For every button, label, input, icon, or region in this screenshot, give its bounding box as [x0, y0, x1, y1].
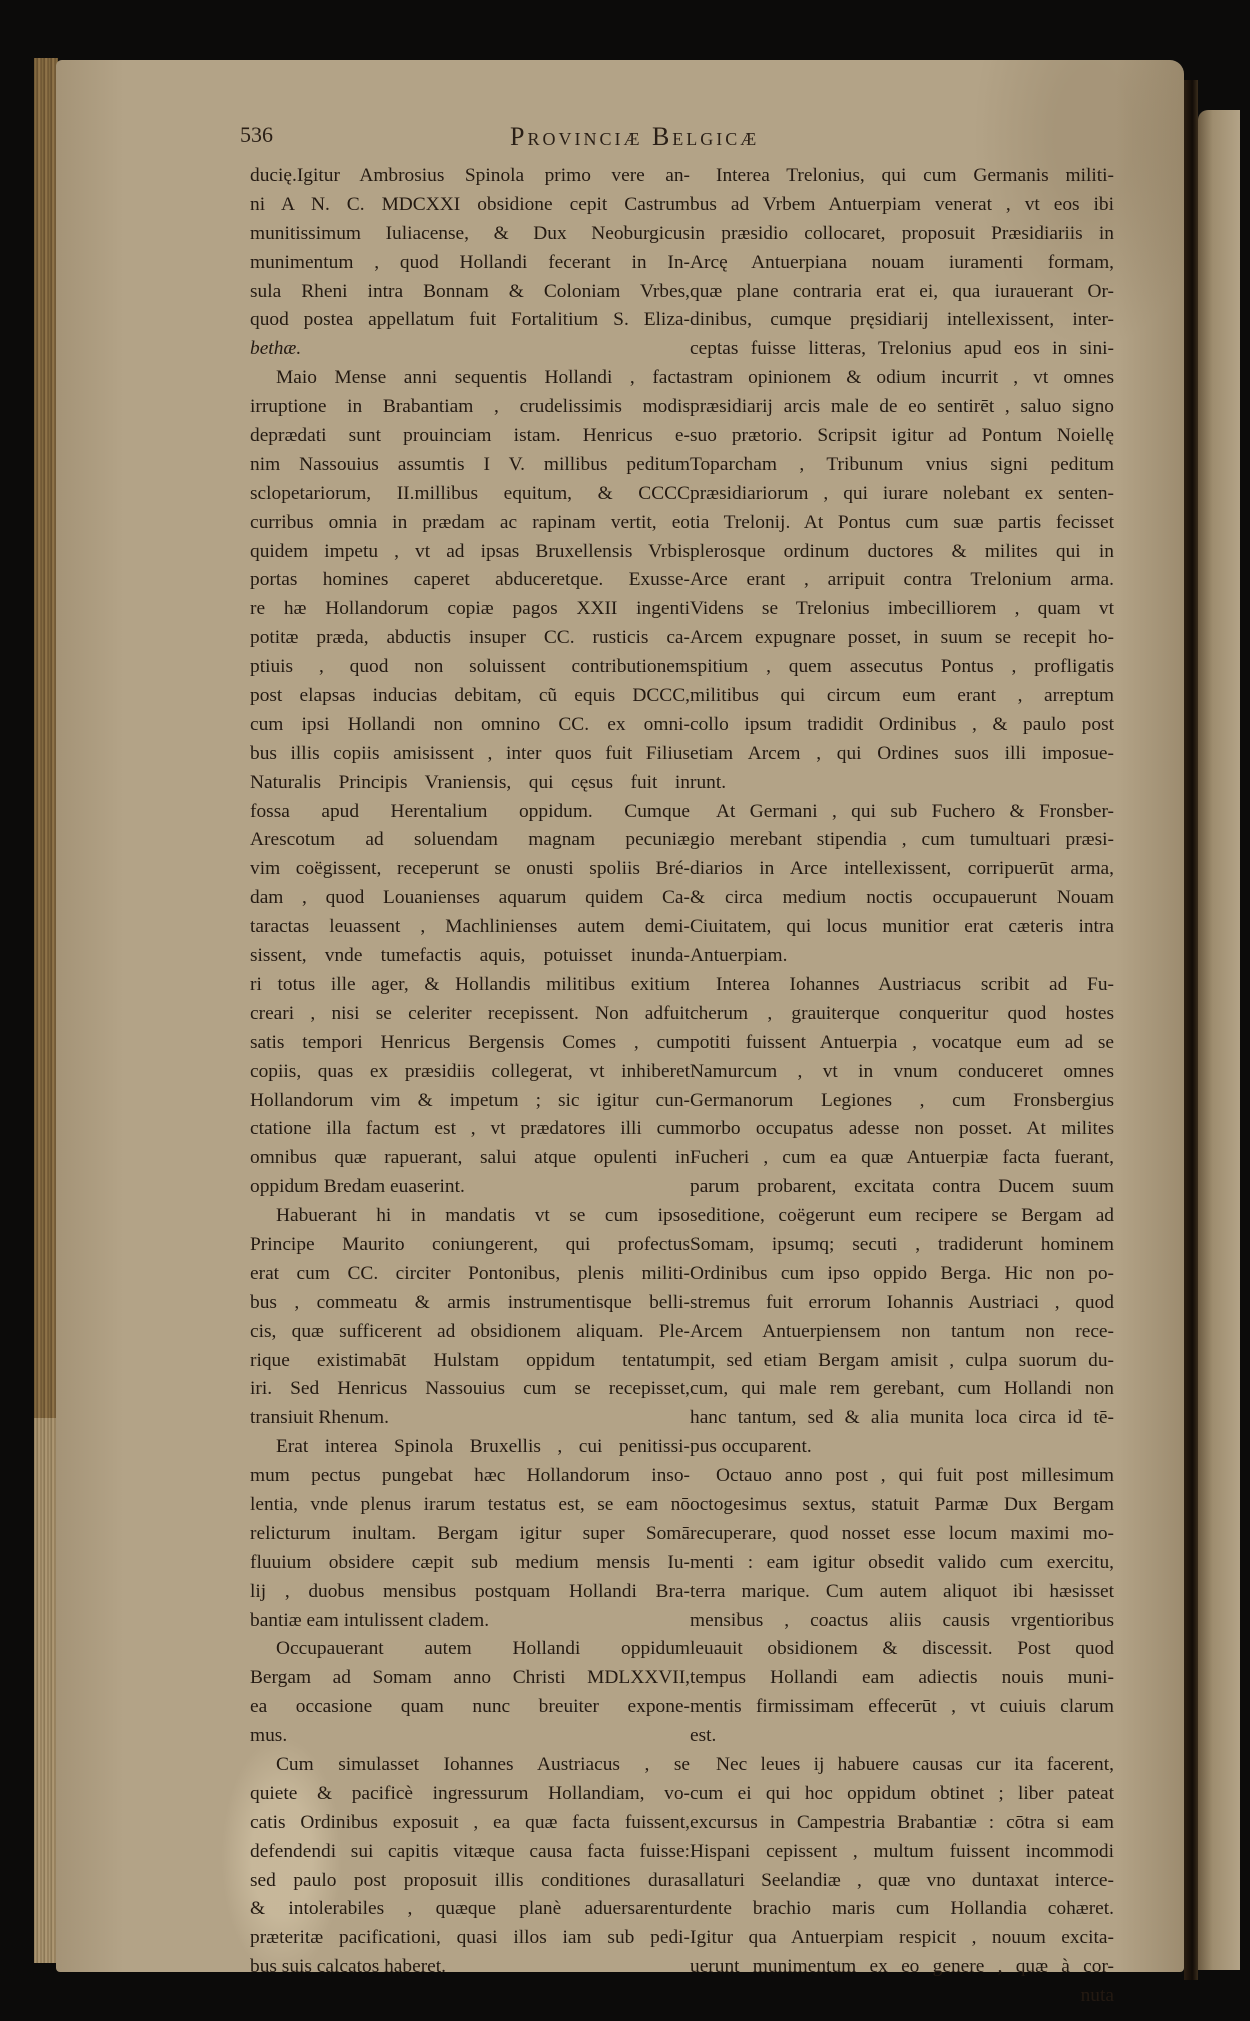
- text-line: ctatione illa factum est , vt prædatores…: [250, 1115, 690, 1144]
- text-line: collo ipsum tradidit Ordinibus , & paulo…: [690, 711, 1114, 740]
- text-line: bus illis copiis amisissent , inter quos…: [250, 740, 690, 769]
- text-line: potitæ præda, abductis insuper CC. rusti…: [250, 624, 690, 653]
- text-line: tia Trelonij. At Pontus cum suæ partis f…: [690, 509, 1114, 538]
- text-line: Hollandorum vim & impetum ; sic igitur c…: [250, 1087, 690, 1116]
- text-line: ri totus ille ager, & Hollandis militibu…: [250, 971, 690, 1000]
- running-title: Provinciæ Belgicæ: [510, 122, 759, 152]
- text-line: Arescotum ad soluendam magnam pecuniæ: [250, 826, 690, 855]
- text-line: Arcem expugnare posset, in suum se recep…: [690, 624, 1114, 653]
- text-line: post elapsas inducias debitam, cũ equis …: [250, 682, 690, 711]
- text-line: seditione, coëgerunt eum recipere se Ber…: [690, 1202, 1114, 1231]
- gutter-shadow: [1184, 80, 1198, 1980]
- text-line: Fucheri , cum ea quæ Antuerpiæ facta fue…: [690, 1144, 1114, 1173]
- text-line: Octauo anno post , qui fuit post millesi…: [690, 1462, 1114, 1491]
- text-line: taractas leuassent , Machlinienses autem…: [250, 913, 690, 942]
- text-line: relicturum inultam. Bergam igitur super …: [250, 1520, 690, 1549]
- text-line: copiis, quas ex præsidiis collegerat, vt…: [250, 1058, 690, 1087]
- page-number: 536: [240, 122, 273, 148]
- page-edges-lower: [34, 1418, 58, 1963]
- text-line: Namurcum , vt in vnum conduceret omnes: [690, 1058, 1114, 1087]
- text-line: pus occuparent.: [690, 1433, 1114, 1462]
- text-line: quod postea appellatum fuit Fortalitium …: [250, 306, 690, 335]
- text-line: & intolerabiles , quæque planè aduersare…: [250, 1895, 690, 1924]
- text-line: omnibus quæ rapuerant, salui atque opule…: [250, 1144, 690, 1173]
- text-line: Interea Trelonius, qui cum Germanis mili…: [690, 162, 1114, 191]
- text-line: cherum , grauiterque conqueritur quod ho…: [690, 1000, 1114, 1029]
- text-line: munimentum , quod Hollandi fecerant in I…: [250, 249, 690, 278]
- text-line: bus , commeatu & armis instrumentisque b…: [250, 1289, 690, 1318]
- text-line: Occupauerant autem Hollandi oppidum: [250, 1635, 690, 1664]
- text-line: recuperare, quod nosset esse locum maxim…: [690, 1520, 1114, 1549]
- text-line: sclopetariorum, II.millibus equitum, & C…: [250, 480, 690, 509]
- text-line: Habuerant hi in mandatis vt se cum ipso: [250, 1202, 690, 1231]
- text-line: Arcem Antuerpiensem non tantum non rece-: [690, 1318, 1114, 1347]
- text-line: bus ad Vrbem Antuerpiam venerat , vt eos…: [690, 191, 1114, 220]
- text-line: re hæ Hollandorum copiæ pagos XXII ingen…: [250, 595, 690, 624]
- text-line: bantiæ eam intulissent cladem.: [250, 1607, 690, 1636]
- text-line: dinibus, cumque pręsidiarij intellexisse…: [690, 306, 1114, 335]
- text-line: quæ plane contraria erat ei, qua iurauer…: [690, 278, 1114, 307]
- text-line: suo prætorio. Scripsit igitur ad Pontum …: [690, 422, 1114, 451]
- text-line: Ciuitatem, qui locus munitior erat cæter…: [690, 913, 1114, 942]
- text-line: portas homines caperet abduceretque. Exu…: [250, 566, 690, 595]
- text-line: in præsidio collocaret, proposuit Præsid…: [690, 220, 1114, 249]
- text-line: bus suis calcatos haberet.: [250, 1953, 690, 1982]
- text-line: diarios in Arce intellexissent, corripue…: [690, 855, 1114, 884]
- text-line: spitium , quem assecutus Pontus , profli…: [690, 653, 1114, 682]
- text-line: Nec leues ij habuere causas cur ita face…: [690, 1751, 1114, 1780]
- catchword: nuta: [690, 1982, 1114, 2011]
- text-line: & circa medium noctis occupauerunt Nouam: [690, 884, 1114, 913]
- text-line: sula Rheni intra Bonnam & Coloniam Vrbes…: [250, 278, 690, 307]
- text-line: leuauit obsidionem & discessit. Post quo…: [690, 1635, 1114, 1664]
- text-line: stram opinionem & odium incurrit , vt om…: [690, 364, 1114, 393]
- text-line: ceptas fuisse litteras, Trelonius apud e…: [690, 335, 1114, 364]
- text-line: bethæ.: [250, 335, 690, 364]
- text-line: mus.: [250, 1722, 690, 1751]
- page-edges-upper: [34, 58, 58, 1418]
- text-line: stremus fuit errorum Iohannis Austriaci …: [690, 1289, 1114, 1318]
- text-line: sed paulo post proposuit illis condition…: [250, 1867, 690, 1896]
- text-line: morbo occupatus adesse non posset. At mi…: [690, 1115, 1114, 1144]
- text-line: creari , nisi se celeriter recepissent. …: [250, 1000, 690, 1029]
- left-text-column: ducię.Igitur Ambrosius Spinola primo ver…: [250, 162, 690, 1982]
- text-line: sissent, vnde tumefactis aquis, potuisse…: [250, 942, 690, 971]
- text-line: defendendi sui capitis vitæque causa fac…: [250, 1838, 690, 1867]
- text-line: dam , quod Louanienses aquarum quidem Ca…: [250, 884, 690, 913]
- text-line: Antuerpiam.: [690, 942, 1114, 971]
- text-line: At Germani , qui sub Fuchero & Fronsber-: [690, 798, 1114, 827]
- text-line: curribus omnia in prædam ac rapinam vert…: [250, 509, 690, 538]
- text-line: militibus qui circum eum erant , arreptu…: [690, 682, 1114, 711]
- text-line: Cum simulasset Iohannes Austriacus , se: [250, 1751, 690, 1780]
- text-line: mentis firmissimam effecerūt , vt cuiuis…: [690, 1693, 1114, 1722]
- text-line: hanc tantum, sed & alia munita loca circ…: [690, 1404, 1114, 1433]
- text-line: erat cum CC. circiter Pontonibus, plenis…: [250, 1260, 690, 1289]
- text-line: mum pectus pungebat hæc Hollandorum inso…: [250, 1462, 690, 1491]
- text-line: cum ipsi Hollandi non omnino CC. ex omni…: [250, 711, 690, 740]
- text-line: menti : eam igitur obsedit valido cum ex…: [690, 1549, 1114, 1578]
- text-line: potiti fuissent Antuerpia , vocatque eum…: [690, 1029, 1114, 1058]
- text-line: Hispani cepissent , multum fuissent inco…: [690, 1838, 1114, 1867]
- text-line: Maio Mense anni sequentis Hollandi , fac…: [250, 364, 690, 393]
- text-line: quidem impetu , vt ad ipsas Bruxellensis…: [250, 538, 690, 567]
- text-line: Ordinibus cum ipso oppido Berga. Hic non…: [690, 1260, 1114, 1289]
- text-line: lentia, vnde plenus irarum testatus est,…: [250, 1491, 690, 1520]
- text-line: Videns se Trelonius imbecilliorem , quam…: [690, 595, 1114, 624]
- text-line: uerunt munimentum ex eo genere , quæ à c…: [690, 1953, 1114, 1982]
- text-line: octogesimus sextus, statuit Parmæ Dux Be…: [690, 1491, 1114, 1520]
- text-line: plerosque ordinum ductores & milites qui…: [690, 538, 1114, 567]
- text-line: Principe Maurito coniungerent, qui profe…: [250, 1231, 690, 1260]
- text-line: Arce erant , arripuit contra Trelonium a…: [690, 566, 1114, 595]
- text-line: præteritæ pacificationi, quasi illos iam…: [250, 1924, 690, 1953]
- right-text-column: Interea Trelonius, qui cum Germanis mili…: [690, 162, 1114, 2011]
- text-line: irruptione in Brabantiam , crudelissimis…: [250, 393, 690, 422]
- text-line: fluuium obsidere cæpit sub medium mensis…: [250, 1549, 690, 1578]
- text-line: rique existimabāt Hulstam oppidum tentat…: [250, 1347, 690, 1376]
- text-line: ea occasione quam nunc breuiter expone-: [250, 1693, 690, 1722]
- text-line: Interea Iohannes Austriacus scribit ad F…: [690, 971, 1114, 1000]
- text-line: cum, qui male rem gerebant, cum Hollandi…: [690, 1375, 1114, 1404]
- text-line: catis Ordinibus exposuit , ea quæ facta …: [250, 1809, 690, 1838]
- text-line: fossa apud Herentalium oppidum. Cumque: [250, 798, 690, 827]
- text-line: Arcę Antuerpiana nouam iuramenti formam,: [690, 249, 1114, 278]
- text-line: mensibus , coactus aliis causis vrgentio…: [690, 1607, 1114, 1636]
- text-line: oppidum Bredam euaserint.: [250, 1173, 690, 1202]
- text-line: præsidiariorum , qui iurare nolebant ex …: [690, 480, 1114, 509]
- running-head: 536 Provinciæ Belgicæ: [240, 122, 1120, 152]
- text-line: gio merebant stipendia , cum tumultuari …: [690, 826, 1114, 855]
- text-line: cis, quæ sufficerent ad obsidionem aliqu…: [250, 1318, 690, 1347]
- text-line: præsidiarij arcis male de eo sentirēt , …: [690, 393, 1114, 422]
- text-line: quiete & pacificè ingressurum Hollandiam…: [250, 1780, 690, 1809]
- text-line: runt.: [690, 769, 1114, 798]
- text-line: etiam Arcem , qui Ordines suos illi impo…: [690, 740, 1114, 769]
- adjacent-page-edge: [1198, 110, 1240, 1970]
- text-line: Erat interea Spinola Bruxellis , cui pen…: [250, 1433, 690, 1462]
- text-line: munitissimum Iuliacense, & Dux Neoburgic…: [250, 220, 690, 249]
- text-line: Toparcham , Tribunum vnius signi peditum: [690, 451, 1114, 480]
- text-line: satis tempori Henricus Bergensis Comes ,…: [250, 1029, 690, 1058]
- text-line: Igitur qua Antuerpiam respicit , nouum e…: [690, 1924, 1114, 1953]
- text-line: pit, sed etiam Bergam amisit , culpa suo…: [690, 1347, 1114, 1376]
- text-line: nim Nassouius assumtis I V. millibus ped…: [250, 451, 690, 480]
- text-line: vim coëgissent, receperunt se onusti spo…: [250, 855, 690, 884]
- text-line: transiuit Rhenum.: [250, 1404, 690, 1433]
- text-line: lij , duobus mensibus postquam Hollandi …: [250, 1578, 690, 1607]
- text-line: terra marique. Cum autem aliquot ibi hæs…: [690, 1578, 1114, 1607]
- text-line: allaturi Seelandiæ , quæ vno duntaxat in…: [690, 1867, 1114, 1896]
- text-line: Bergam ad Somam anno Christi MDLXXVII,: [250, 1664, 690, 1693]
- text-line: ducię.Igitur Ambrosius Spinola primo ver…: [250, 162, 690, 191]
- text-line: Naturalis Principis Vraniensis, qui cęsu…: [250, 769, 690, 798]
- text-line: ptiuis , quod non soluissent contributio…: [250, 653, 690, 682]
- text-line: cum ei qui hoc oppidum obtinet ; liber p…: [690, 1780, 1114, 1809]
- text-line: deprædati sunt prouinciam istam. Henricu…: [250, 422, 690, 451]
- text-line: tempus Hollandi eam adiectis nouis muni-: [690, 1664, 1114, 1693]
- text-line: est.: [690, 1722, 1114, 1751]
- text-line: dente brachio maris cum Hollandia cohære…: [690, 1895, 1114, 1924]
- text-line: Somam, ipsumq; secuti , tradiderunt homi…: [690, 1231, 1114, 1260]
- text-line: iri. Sed Henricus Nassouius cum se recep…: [250, 1375, 690, 1404]
- text-line: Germanorum Legiones , cum Fronsbergius: [690, 1087, 1114, 1116]
- text-line: excursus in Campestria Brabantiæ : cōtra…: [690, 1809, 1114, 1838]
- text-line: parum probarent, excitata contra Ducem s…: [690, 1173, 1114, 1202]
- text-line: ni A N. C. MDCXXI obsidione cepit Castru…: [250, 191, 690, 220]
